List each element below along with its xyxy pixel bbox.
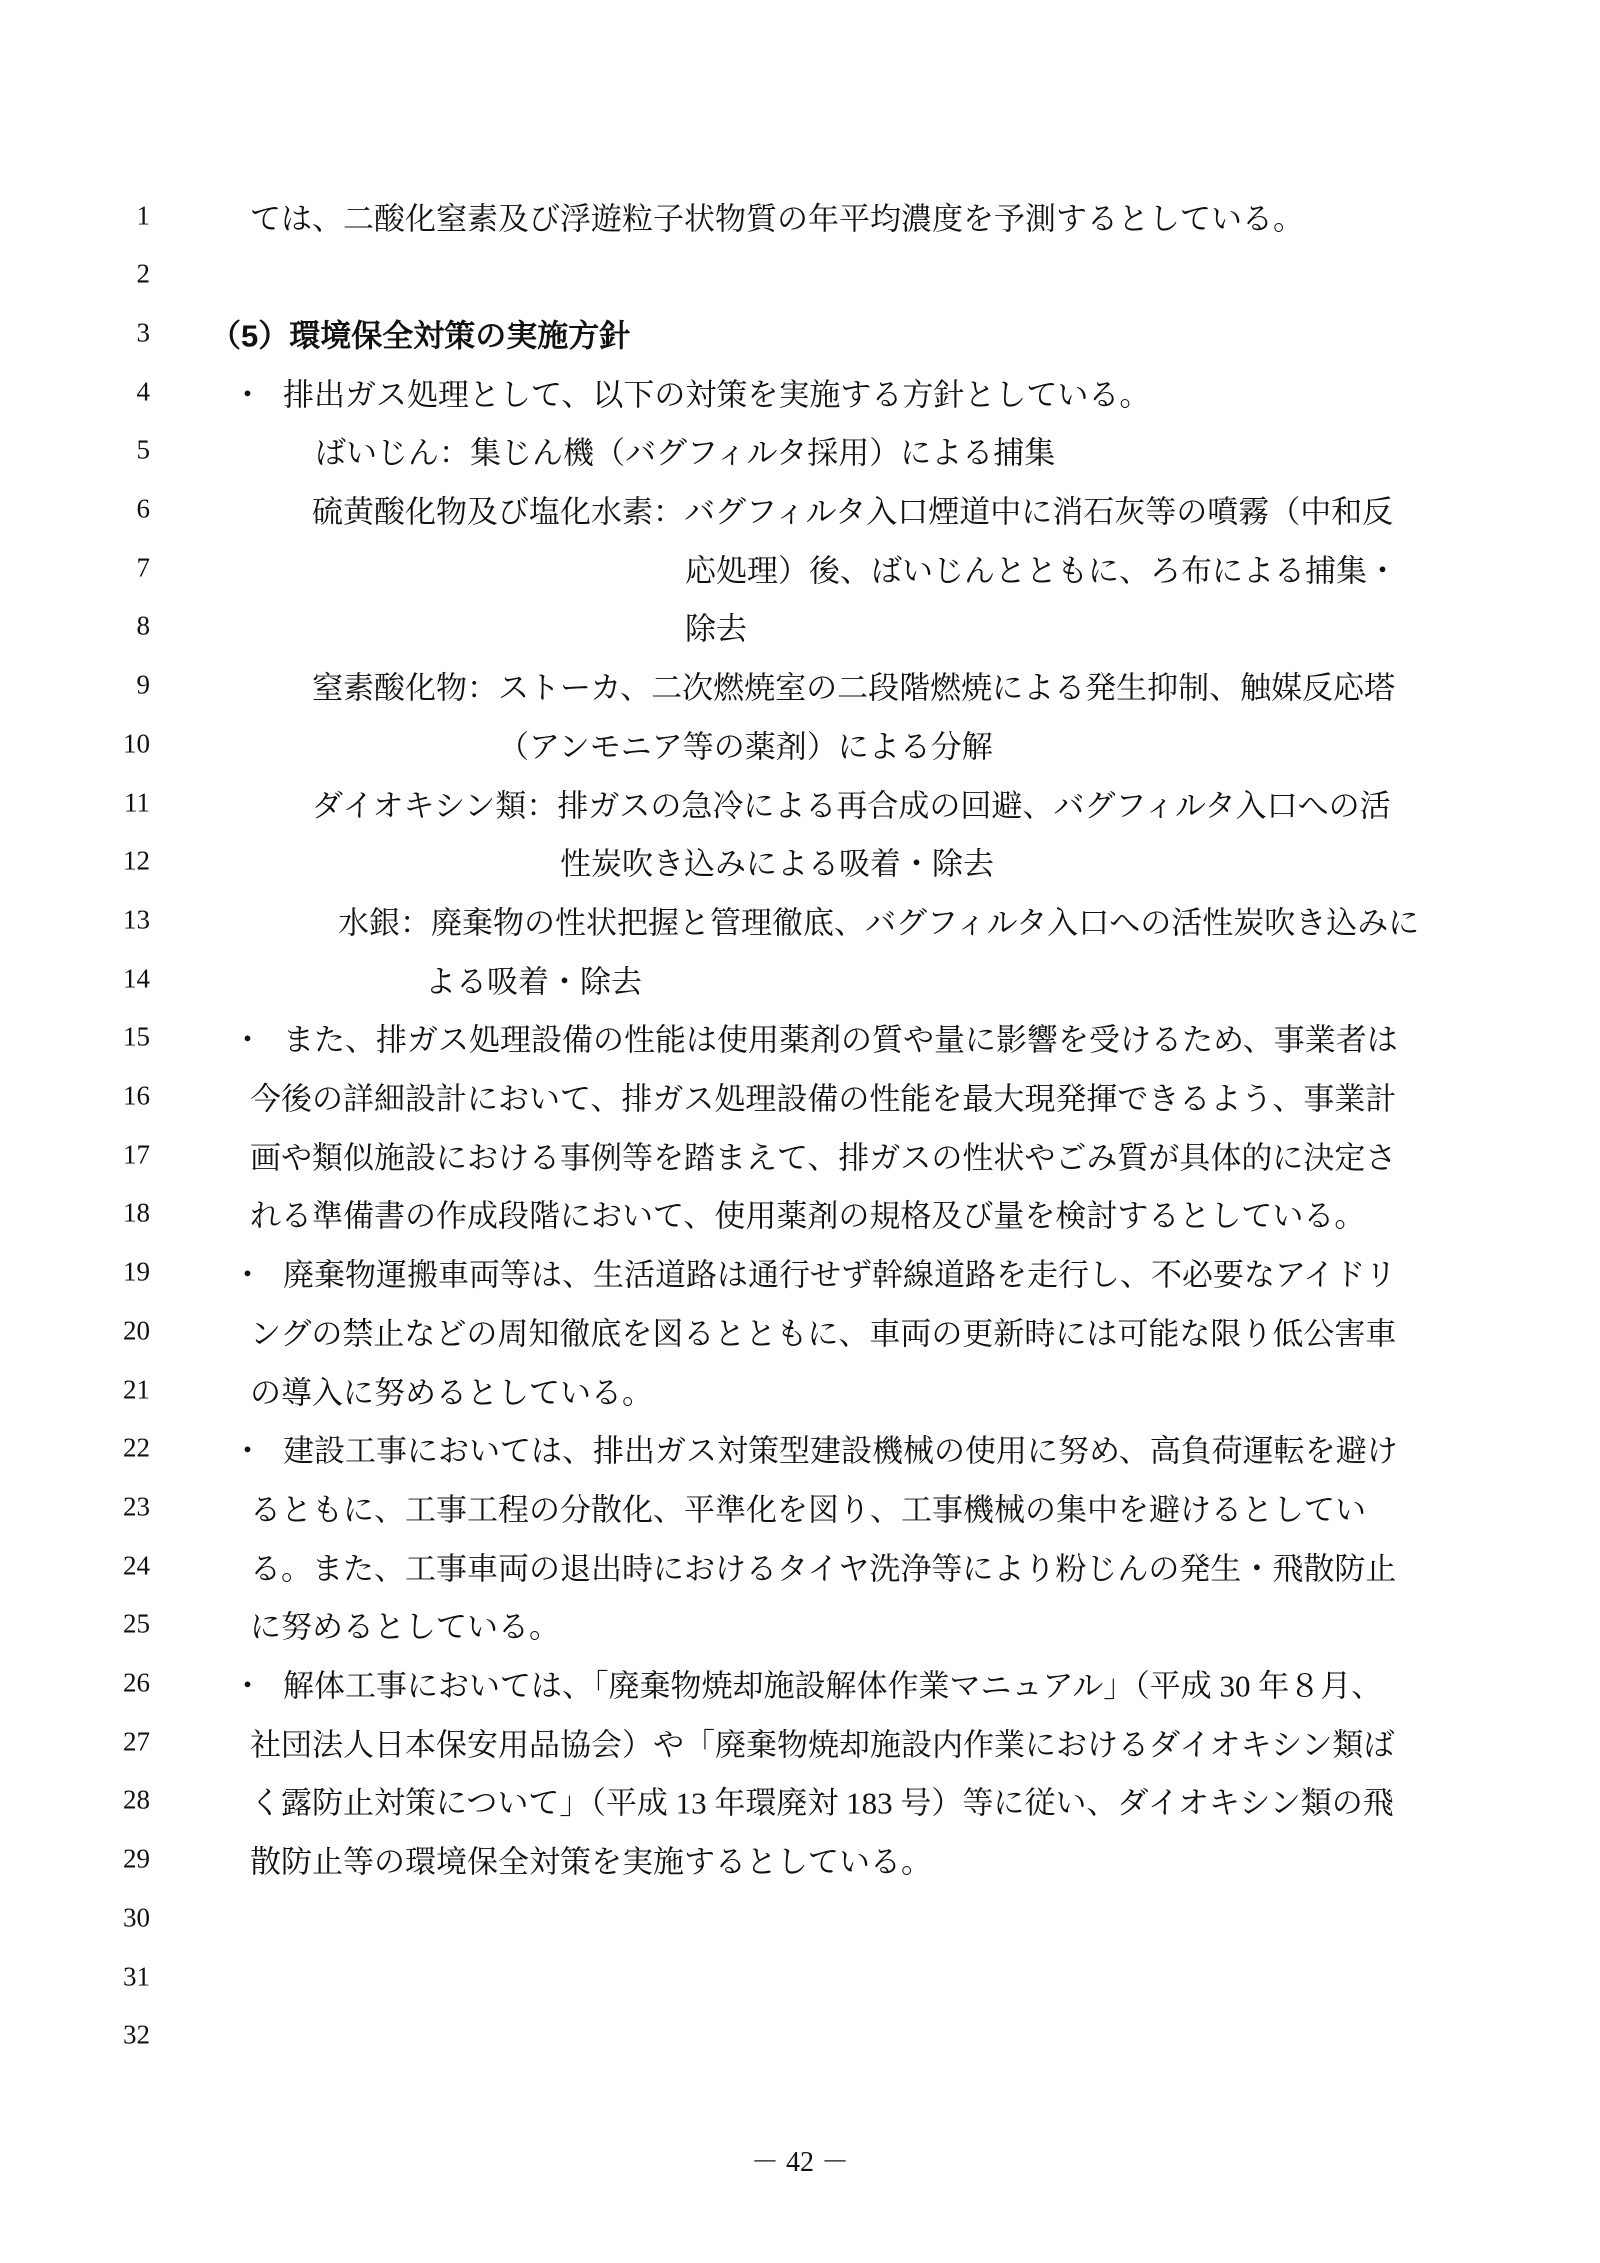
line-number: 21 (0, 1374, 150, 1405)
text-line: 22 ・ 建設工事においては、排出ガス対策型建設機械の使用に努め、高負荷運転を避… (0, 1419, 1600, 1478)
line-text: 散防止等の環境保全対策を実施するとしている。 (250, 1837, 932, 1882)
text-line: 17 画や類似施設における事例等を踏まえて、排ガスの性状やごみ質が具体的に決定さ (0, 1125, 1600, 1184)
text-line: 25 に努めるとしている。 (0, 1595, 1600, 1654)
line-number: 27 (0, 1726, 150, 1757)
line-number: 28 (0, 1785, 150, 1816)
bullet-marker: ・ (232, 1426, 263, 1471)
line-number: 30 (0, 1902, 150, 1933)
text-line: 1 ては、二酸化窒素及び浮遊粒子状物質の年平均濃度を予測するとしている。 (0, 186, 1600, 245)
text-line: 2 (0, 245, 1600, 304)
line-number: 6 (0, 494, 150, 525)
line-text: ダイオキシン類：排ガスの急冷による再合成の回避、バグフィルタ入口への活 (312, 780, 1391, 825)
line-number: 11 (0, 787, 150, 818)
text-line: 32 (0, 2006, 1600, 2065)
text-line: 5 ばいじん：集じん機（バグフィルタ採用）による捕集 (0, 421, 1600, 480)
text-line: 3 （5）環境保全対策の実施方針 (0, 303, 1600, 362)
line-text: よる吸着・除去 (425, 956, 642, 1001)
line-number: 20 (0, 1315, 150, 1346)
line-text: （5）環境保全対策の実施方針 (210, 310, 630, 355)
line-number: 2 (0, 259, 150, 290)
line-number: 15 (0, 1022, 150, 1053)
line-number: 22 (0, 1433, 150, 1464)
line-text: 建設工事においては、排出ガス対策型建設機械の使用に努め、高負荷運転を避け (283, 1426, 1398, 1471)
line-text: れる準備書の作成段階において、使用薬剤の規格及び量を検討するとしている。 (250, 1191, 1365, 1236)
text-line: 24 る。また、工事車両の退出時におけるタイヤ洗浄等により粉じんの発生・飛散防止 (0, 1536, 1600, 1595)
text-line: 11 ダイオキシン類：排ガスの急冷による再合成の回避、バグフィルタ入口への活 (0, 773, 1600, 832)
line-text: く露防止対策について」（平成 13 年環廃対 183 号）等に従い、ダイオキシン… (250, 1778, 1394, 1823)
line-text: 水銀：廃棄物の性状把握と管理徹底、バグフィルタ入口への活性炭吹き込みに (338, 897, 1419, 942)
text-line: 9 窒素酸化物：ストーカ、二次燃焼室の二段階燃焼による発生抑制、触媒反応塔 (0, 656, 1600, 715)
text-line: 29 散防止等の環境保全対策を実施するとしている。 (0, 1830, 1600, 1889)
text-line: 16 今後の詳細設計において、排ガス処理設備の性能を最大現発揮できるよう、事業計 (0, 1067, 1600, 1126)
line-number: 17 (0, 1139, 150, 1170)
line-number: 8 (0, 611, 150, 642)
text-line: 21 の導入に努めるとしている。 (0, 1360, 1600, 1419)
text-line: 20 ングの禁止などの周知徹底を図るとともに、車両の更新時には可能な限り低公害車 (0, 1301, 1600, 1360)
line-number: 16 (0, 1081, 150, 1112)
text-line: 8 除去 (0, 597, 1600, 656)
line-text: に努めるとしている。 (250, 1602, 560, 1647)
text-line: 4 ・ 排出ガス処理として、以下の対策を実施する方針としている。 (0, 362, 1600, 421)
line-text: 性炭吹き込みによる吸着・除去 (560, 839, 994, 884)
line-text: 硫黄酸化物及び塩化水素：バグフィルタ入口煙道中に消石灰等の噴霧（中和反 (312, 487, 1393, 532)
bullet-marker: ・ (232, 369, 263, 414)
bullet-marker: ・ (232, 1661, 263, 1706)
line-number: 18 (0, 1198, 150, 1229)
text-line: 15 ・ また、排ガス処理設備の性能は使用薬剤の質や量に影響を受けるため、事業者… (0, 1008, 1600, 1067)
text-line: 14 よる吸着・除去 (0, 949, 1600, 1008)
text-line: 27 社団法人日本保安用品協会）や「廃棄物焼却施設内作業におけるダイオキシン類ば (0, 1712, 1600, 1771)
line-text: 画や類似施設における事例等を踏まえて、排ガスの性状やごみ質が具体的に決定さ (250, 1132, 1396, 1177)
line-text: 廃棄物運搬車両等は、生活道路は通行せず幹線道路を走行し、不必要なアイドリ (283, 1250, 1396, 1295)
text-line: 7 応処理）後、ばいじんとともに、ろ布による捕集・ (0, 538, 1600, 597)
line-number: 32 (0, 2020, 150, 2051)
line-text: 解体工事においては、「廃棄物焼却施設解体作業マニュアル」（平成 30 年８月、 (283, 1661, 1382, 1706)
line-number: 1 (0, 200, 150, 231)
text-line: 6 硫黄酸化物及び塩化水素：バグフィルタ入口煙道中に消石灰等の噴霧（中和反 (0, 480, 1600, 539)
line-text: の導入に努めるとしている。 (250, 1367, 653, 1412)
line-number: 31 (0, 1961, 150, 1992)
line-number: 10 (0, 728, 150, 759)
line-number: 12 (0, 846, 150, 877)
text-line: 26 ・ 解体工事においては、「廃棄物焼却施設解体作業マニュアル」（平成 30 … (0, 1654, 1600, 1713)
text-line: 18 れる準備書の作成段階において、使用薬剤の規格及び量を検討するとしている。 (0, 1184, 1600, 1243)
line-text: る。また、工事車両の退出時におけるタイヤ洗浄等により粉じんの発生・飛散防止 (250, 1543, 1396, 1588)
line-text: 排出ガス処理として、以下の対策を実施する方針としている。 (283, 369, 1150, 414)
line-text: （アンモニア等の薬剤）による分解 (498, 721, 993, 766)
line-number: 4 (0, 376, 150, 407)
document-page: 1 ては、二酸化窒素及び浮遊粒子状物質の年平均濃度を予測するとしている。 2 3… (0, 0, 1600, 2263)
line-text: ては、二酸化窒素及び浮遊粒子状物質の年平均濃度を予測するとしている。 (250, 193, 1304, 238)
line-number: 13 (0, 904, 150, 935)
line-number: 19 (0, 1257, 150, 1288)
line-text: 今後の詳細設計において、排ガス処理設備の性能を最大現発揮できるよう、事業計 (250, 1074, 1396, 1119)
line-number: 3 (0, 317, 150, 348)
line-number: 5 (0, 435, 150, 466)
text-line: 19 ・ 廃棄物運搬車両等は、生活道路は通行せず幹線道路を走行し、不必要なアイド… (0, 1243, 1600, 1302)
line-number: 9 (0, 670, 150, 701)
page-number: － 42 － (0, 2140, 1600, 2188)
line-number: 23 (0, 1491, 150, 1522)
text-line: 10 （アンモニア等の薬剤）による分解 (0, 714, 1600, 773)
line-text: 応処理）後、ばいじんとともに、ろ布による捕集・ (685, 545, 1398, 590)
text-line: 31 (0, 1947, 1600, 2006)
line-number: 14 (0, 963, 150, 994)
line-text: 社団法人日本保安用品協会）や「廃棄物焼却施設内作業におけるダイオキシン類ば (250, 1719, 1394, 1764)
bullet-marker: ・ (232, 1250, 263, 1295)
text-line: 28 く露防止対策について」（平成 13 年環廃対 183 号）等に従い、ダイオ… (0, 1771, 1600, 1830)
line-text: 窒素酸化物：ストーカ、二次燃焼室の二段階燃焼による発生抑制、触媒反応塔 (312, 663, 1395, 708)
text-line: 13 水銀：廃棄物の性状把握と管理徹底、バグフィルタ入口への活性炭吹き込みに (0, 890, 1600, 949)
line-text: るともに、工事工程の分散化、平準化を図り、工事機械の集中を避けるとしてい (250, 1484, 1366, 1529)
line-text: 除去 (685, 604, 747, 649)
line-number: 26 (0, 1668, 150, 1699)
text-line: 12 性炭吹き込みによる吸着・除去 (0, 832, 1600, 891)
line-text: ばいじん：集じん機（バグフィルタ採用）による捕集 (315, 428, 1055, 473)
line-text: また、排ガス処理設備の性能は使用薬剤の質や量に影響を受けるため、事業者は (283, 1015, 1398, 1060)
line-text: ングの禁止などの周知徹底を図るとともに、車両の更新時には可能な限り低公害車 (250, 1308, 1396, 1353)
line-number: 24 (0, 1550, 150, 1581)
text-line: 23 るともに、工事工程の分散化、平準化を図り、工事機械の集中を避けるとしてい (0, 1477, 1600, 1536)
line-number: 25 (0, 1609, 150, 1640)
line-number: 7 (0, 552, 150, 583)
text-line: 30 (0, 1888, 1600, 1947)
bullet-marker: ・ (232, 1015, 263, 1060)
line-number: 29 (0, 1844, 150, 1875)
